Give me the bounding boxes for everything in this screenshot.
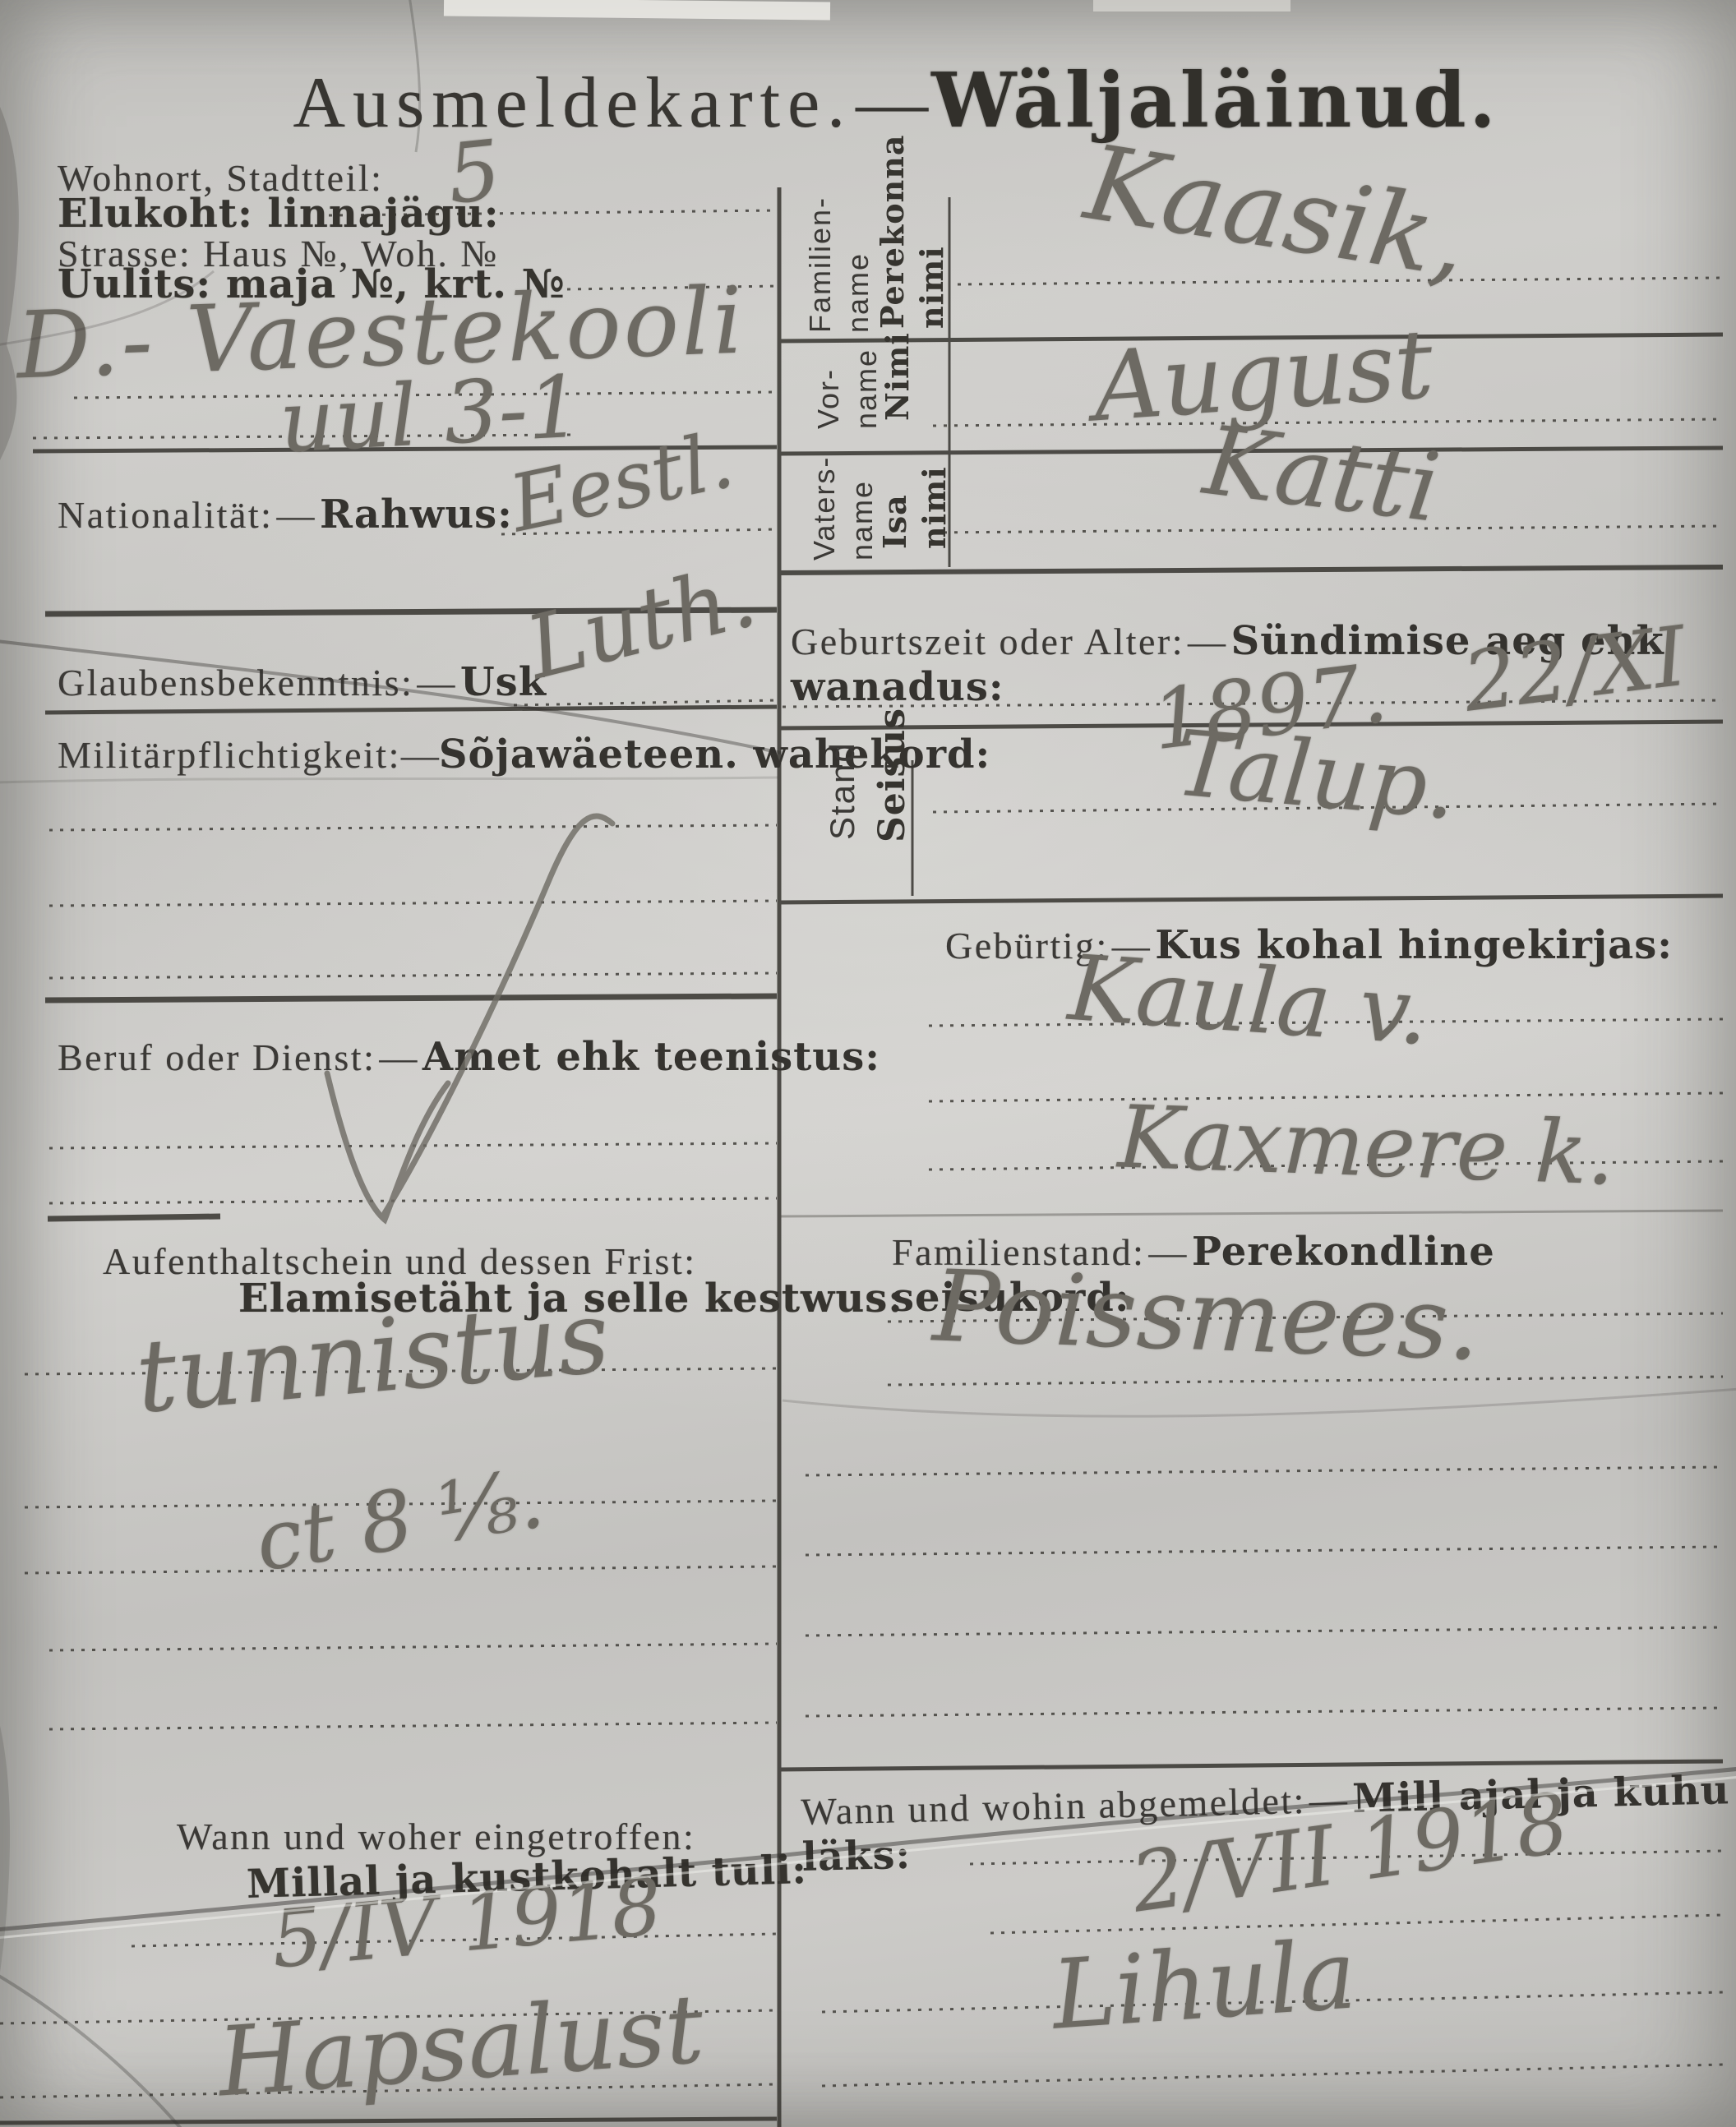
origin-value-line2-handwritten: Kaxmere k. — [1116, 1094, 1616, 1197]
scanned-registration-card: Ausmeldekarte. — Wäljaläinud. Wohnort, S… — [0, 0, 1736, 2127]
military-label-german: Militärpflichtigkeit: — [58, 734, 401, 776]
pen-slash-stroke — [327, 816, 612, 1220]
military-dash: — — [401, 734, 439, 776]
arrival-place-handwritten: Hapsalust — [215, 1982, 707, 2111]
permit-value-line1-handwritten: tunnistus — [132, 1286, 613, 1428]
residence-value-handwritten: 5 — [444, 129, 505, 216]
permit-value-line2-handwritten: ct 8 ⅛. — [250, 1457, 548, 1584]
origin-value-line1-handwritten: Kaula v. — [1066, 943, 1432, 1058]
occupation-label: Beruf oder Dienst: — Amet ehk teenistus: — [58, 1034, 880, 1080]
departure-place-handwritten: Lihula — [1049, 1927, 1359, 2044]
occupation-label-german: Beruf oder Dienst: — [58, 1036, 376, 1078]
birth-label-german: Geburtszeit oder Alter: — [791, 621, 1184, 662]
birth-dash: — — [1188, 621, 1228, 662]
occupation-label-estonian: Amet ehk teenistus: — [422, 1034, 880, 1080]
street-value-line2-handwritten: uul 3-1 — [278, 363, 584, 464]
card-title-german: Ausmeldekarte. — [293, 63, 852, 143]
religion-value-handwritten: Luth. — [519, 553, 764, 693]
occupation-dash: — — [379, 1036, 419, 1078]
title-dash: — — [856, 63, 928, 143]
father-name-value-handwritten: Katti — [1199, 413, 1444, 537]
family-name-value-handwritten: Kaasik, — [1079, 131, 1474, 293]
nationality-label: Nationalität: — Rahwus: — [58, 491, 513, 538]
estate-value-handwritten: Talup. — [1172, 717, 1460, 832]
nationality-dash: — — [276, 494, 316, 536]
card-title: Ausmeldekarte. — Wäljaläinud. — [56, 56, 1736, 145]
religion-label: Glaubensbekenntnis: — Usk — [58, 659, 547, 705]
marital-value-handwritten: Poissmees. — [931, 1257, 1481, 1375]
religion-label-german: Glaubensbekenntnis: — [58, 662, 413, 704]
nationality-label-estonian: Rahwus: — [320, 491, 513, 538]
nationality-label-german: Nationalität: — [58, 494, 273, 536]
card-title-estonian: Wäljaläinud. — [931, 56, 1498, 145]
religion-dash: — — [417, 662, 457, 704]
residence-label-estonian: Elukoht: linnajägu: — [58, 191, 500, 237]
